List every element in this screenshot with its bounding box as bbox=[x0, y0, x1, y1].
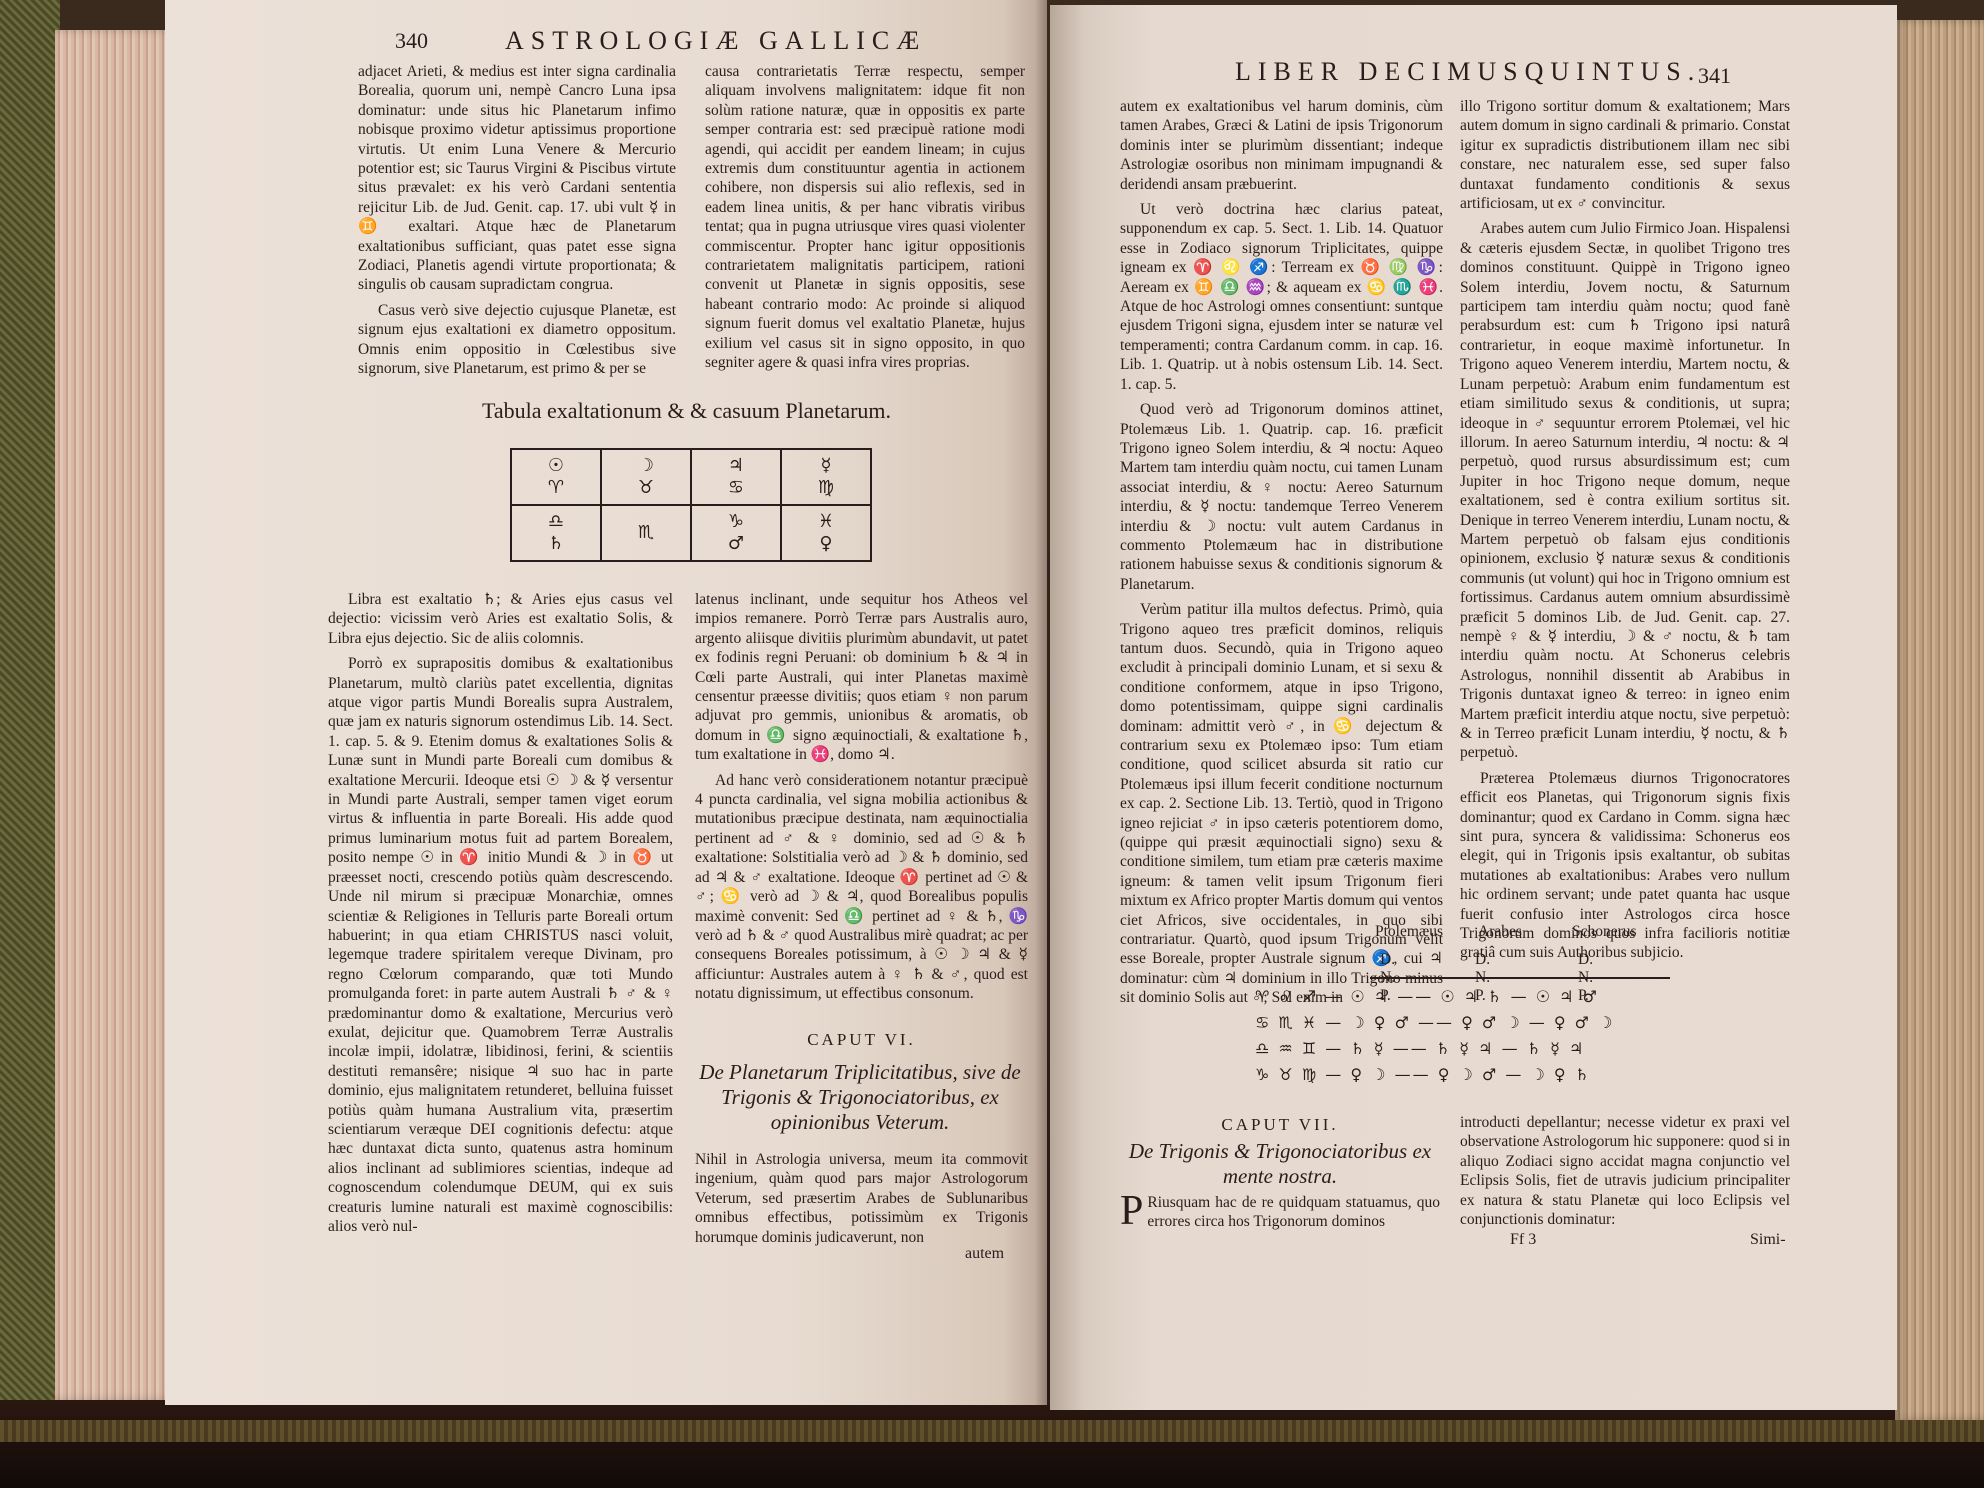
paragraph: Libra est exaltatio ♄; & Aries ejus casu… bbox=[328, 590, 673, 648]
table-row: ♈ ♌ ♐ — ☉ ♃ —— ☉ ♃ ♄ — ☉ ♃ ♂ bbox=[1255, 987, 1599, 1006]
column-header: Schonerus bbox=[1572, 923, 1637, 941]
table-cell: ♃♋ bbox=[691, 449, 781, 505]
table-row: ☉♈ ☽♉ ♃♋ ☿♍ bbox=[511, 449, 871, 505]
paragraph: causa contrarietatis Terræ respectu, sem… bbox=[705, 62, 1025, 373]
paragraph: PRiusquam hac de re quidquam statuamus, … bbox=[1120, 1193, 1440, 1232]
table-cell: ♓♀ bbox=[781, 505, 871, 561]
paragraph: Porrò ex suprapositis domibus & exaltati… bbox=[328, 654, 673, 1236]
paragraph: Verùm patitur illa multos defectus. Prim… bbox=[1120, 600, 1443, 1008]
left-page: 340 ASTROLOGIÆ GALLICÆ adjacet Arieti, &… bbox=[165, 0, 1047, 1405]
chapter-title: De Planetarum Triplicitatibus, sive de T… bbox=[675, 1060, 1045, 1135]
page-number: 340 bbox=[395, 28, 428, 54]
left-col2-top: causa contrarietatis Terræ respectu, sem… bbox=[705, 62, 1025, 379]
table-row: ♑ ♉ ♍ — ♀ ☽ —— ♀ ☽ ♂ — ☽ ♀ ♄ bbox=[1255, 1065, 1591, 1084]
running-head: ASTROLOGIÆ GALLICÆ bbox=[505, 26, 926, 56]
table-cell: ☿♍ bbox=[781, 449, 871, 505]
signature-mark: Ff 3 bbox=[1510, 1231, 1536, 1249]
chapter-heading: CAPUT VI. bbox=[695, 1030, 1028, 1050]
column-header: Arabes bbox=[1478, 923, 1522, 941]
chapter-title: De Trigonis & Trigonociatoribus ex mente… bbox=[1120, 1139, 1440, 1189]
gilt-edge bbox=[0, 1420, 1984, 1442]
exaltation-table: ☉♈ ☽♉ ♃♋ ☿♍ ♎♄ ♏ ♑♂ ♓♀ bbox=[510, 448, 872, 562]
left-col1-bottom: Libra est exaltatio ♄; & Aries ejus casu… bbox=[328, 590, 673, 1242]
drop-cap: P bbox=[1120, 1193, 1143, 1229]
left-col1-top: adjacet Arieti, & medius est inter signa… bbox=[358, 62, 676, 385]
paragraph: Ut verò doctrina hæc clarius pateat, sup… bbox=[1120, 200, 1443, 394]
catchword: Simi- bbox=[1750, 1231, 1786, 1249]
chapter-body-col2: introducti depellantur; necesse videtur … bbox=[1460, 1113, 1790, 1235]
paragraph: Arabes autem cum Julio Firmico Joan. His… bbox=[1460, 219, 1790, 762]
table-cell: ♎♄ bbox=[511, 505, 601, 561]
table-row: ♎♄ ♏ ♑♂ ♓♀ bbox=[511, 505, 871, 561]
right-col1: autem ex exaltationibus vel harum domini… bbox=[1120, 97, 1443, 1014]
table-row: ♋ ♏ ♓ — ☽ ♀ ♂ —— ♀ ♂ ☽ — ♀ ♂ ☽ bbox=[1255, 1013, 1614, 1032]
page-number: 341 bbox=[1698, 63, 1731, 89]
running-head: LIBER DECIMUSQUINTUS. bbox=[1235, 57, 1701, 87]
paragraph: Quod verò ad Trigonorum dominos attinet,… bbox=[1120, 400, 1443, 594]
left-col2-bottom: latenus inclinant, unde sequitur hos Ath… bbox=[695, 590, 1028, 1010]
paragraph: adjacet Arieti, & medius est inter signa… bbox=[358, 62, 676, 295]
right-page: LIBER DECIMUSQUINTUS. 341 autem ex exalt… bbox=[1050, 5, 1897, 1410]
table-cell: ☉♈ bbox=[511, 449, 601, 505]
catchword: autem bbox=[965, 1245, 1004, 1263]
paragraph: illo Trigono sortitur domum & exaltation… bbox=[1460, 97, 1790, 213]
right-col2: illo Trigono sortitur domum & exaltation… bbox=[1460, 97, 1790, 969]
paragraph: Casus verò sive dejectio cujusque Planet… bbox=[358, 301, 676, 379]
column-header: Ptolemæus bbox=[1375, 923, 1443, 941]
paragraph: introducti depellantur; necesse videtur … bbox=[1460, 1113, 1790, 1229]
right-page-stack bbox=[1895, 20, 1984, 1420]
chapter-body: PRiusquam hac de re quidquam statuamus, … bbox=[1120, 1193, 1440, 1238]
paragraph: Ad hanc verò considerationem notantur pr… bbox=[695, 771, 1028, 1004]
table-rule bbox=[1370, 977, 1670, 979]
paragraph: latenus inclinant, unde sequitur hos Ath… bbox=[695, 590, 1028, 765]
paragraph: autem ex exaltationibus vel harum domini… bbox=[1120, 97, 1443, 194]
chapter-body: Nihil in Astrologia universa, meum ita c… bbox=[695, 1150, 1028, 1253]
book-bottom-cover bbox=[0, 1400, 1984, 1488]
table-row: ♎ ♒ ♊ — ♄ ☿ —— ♄ ☿ ♃ — ♄ ☿ ♃ bbox=[1255, 1039, 1585, 1058]
table-title: Tabula exaltationum & & casuum Planetaru… bbox=[482, 398, 891, 424]
paragraph: Nihil in Astrologia universa, meum ita c… bbox=[695, 1150, 1028, 1247]
table-cell: ☽♉ bbox=[601, 449, 691, 505]
table-cell: ♑♂ bbox=[691, 505, 781, 561]
cloth-backdrop bbox=[0, 0, 60, 1400]
left-page-stack bbox=[55, 30, 175, 1400]
chapter-heading: CAPUT VII. bbox=[1120, 1115, 1440, 1135]
table-cell: ♏ bbox=[601, 505, 691, 561]
